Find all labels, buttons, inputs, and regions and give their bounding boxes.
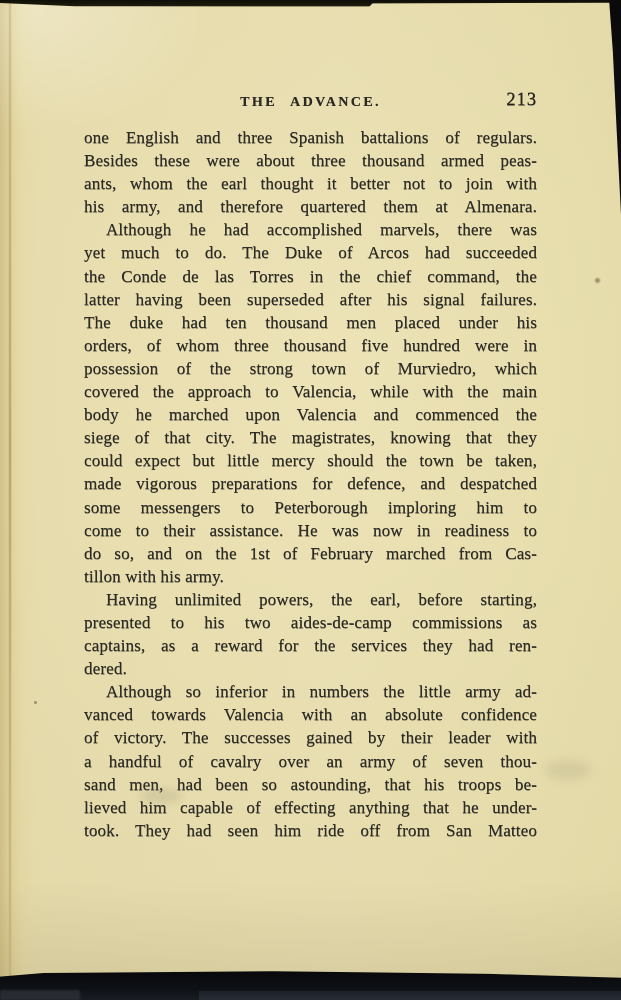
- text-line: vanced towards Valencia with an absolute…: [84, 703, 537, 726]
- text-line: come to their assistance. He was now in …: [84, 519, 537, 542]
- text-line: captains, as a reward for the services t…: [84, 634, 537, 657]
- text-line: tillon with his army.: [84, 565, 537, 588]
- text-line: presented to his two aides-de-camp commi…: [84, 611, 537, 634]
- scan-edge-bottom-corner: [0, 990, 80, 1000]
- book-page-scan: THE ADVANCE. 213 one English and three S…: [0, 0, 621, 1000]
- gutter-shadow-line: [9, 0, 11, 1000]
- paragraph: Although he had accomplished marvels, th…: [84, 218, 537, 588]
- text-line: dered.: [84, 657, 537, 680]
- text-line: Although he had accomplished marvels, th…: [84, 218, 537, 241]
- paper-smudge: [545, 760, 591, 780]
- text-line: made vigorous preparations for defence, …: [84, 472, 537, 495]
- paper-smudge: [140, 788, 182, 804]
- ink-speck: [595, 278, 600, 283]
- text-line: yet much to do. The Duke of Arcos had su…: [84, 241, 537, 264]
- text-line: took. They had seen him ride off from Sa…: [84, 819, 537, 842]
- body-text: one English and three Spanish battalions…: [84, 126, 537, 842]
- text-line: possession of the strong town of Murvied…: [84, 357, 537, 380]
- text-line: could expect but little mercy should the…: [84, 449, 537, 472]
- text-line: a handful of cavalry over an army of sev…: [84, 750, 537, 773]
- text-line: orders, of whom three thousand five hund…: [84, 334, 537, 357]
- page-paper: THE ADVANCE. 213 one English and three S…: [0, 0, 621, 1000]
- text-line: Besides these were about three thousand …: [84, 149, 537, 172]
- ink-speck: [34, 701, 37, 704]
- paragraph: Having unlimited powers, the earl, befor…: [84, 588, 537, 680]
- paragraph: Although so inferior in numbers the litt…: [84, 680, 537, 842]
- page-header: THE ADVANCE. 213: [84, 93, 537, 111]
- text-line: covered the approach to Valencia, while …: [84, 380, 537, 403]
- text-line: ants, whom the earl thought it better no…: [84, 172, 537, 195]
- text-line: body he marched upon Valencia and commen…: [84, 403, 537, 426]
- page-number: 213: [506, 90, 537, 111]
- text-line: his army, and therefore quartered them a…: [84, 195, 537, 218]
- text-line: siege of that city. The magistrates, kno…: [84, 426, 537, 449]
- scan-edge-bottom-strip: [199, 991, 621, 1000]
- text-line: latter having been superseded after his …: [84, 288, 537, 311]
- text-line: do so, and on the 1st of February marche…: [84, 542, 537, 565]
- text-line: some messengers to Peterborough implorin…: [84, 496, 537, 519]
- paragraph: one English and three Spanish battalions…: [84, 126, 537, 218]
- text-line: Having unlimited powers, the earl, befor…: [84, 588, 537, 611]
- text-line: the Conde de las Torres in the chief com…: [84, 265, 537, 288]
- text-line: of victory. The successes gained by thei…: [84, 726, 537, 749]
- running-title: THE ADVANCE.: [240, 95, 381, 110]
- text-line: Although so inferior in numbers the litt…: [84, 680, 537, 703]
- text-line: one English and three Spanish battalions…: [84, 126, 537, 149]
- text-line: The duke had ten thousand men placed und…: [84, 311, 537, 334]
